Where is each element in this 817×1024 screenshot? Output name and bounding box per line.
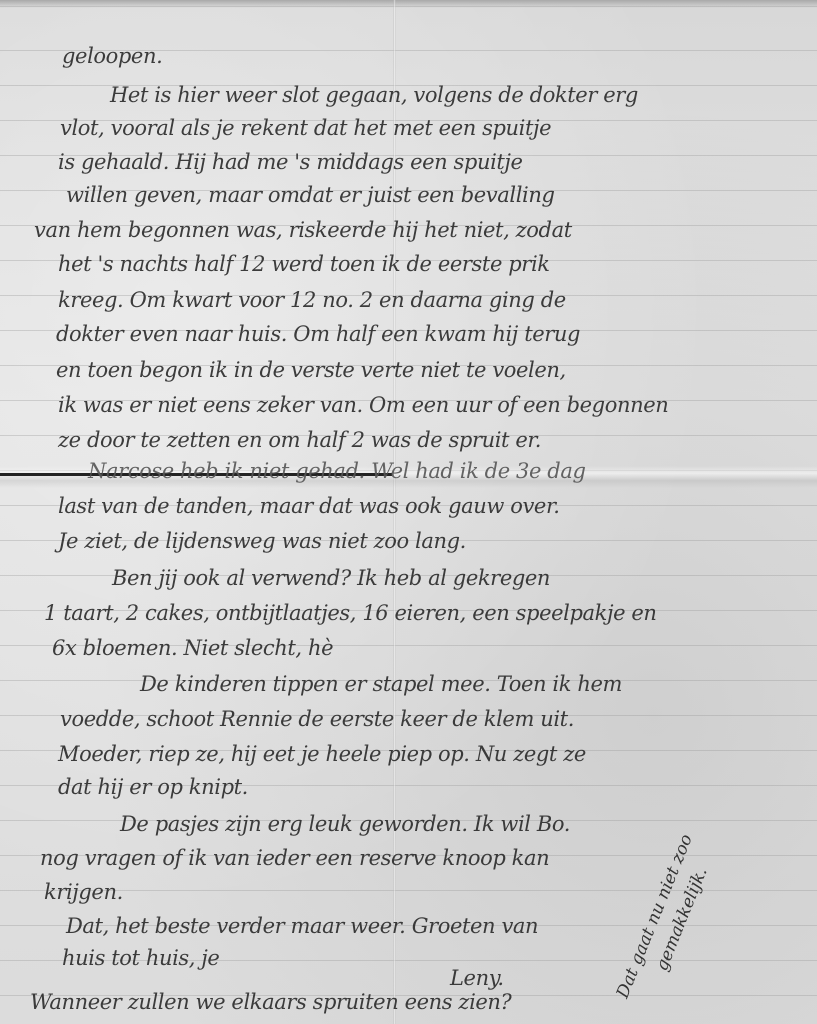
letter-line: 6x bloemen. Niet slecht, hè [52,636,333,660]
letter-line: dat hij er op knipt. [58,775,248,799]
letter-line: last van de tanden, maar dat was ook gau… [58,494,560,518]
postscript-line: Wanneer zullen we elkaars spruiten eens … [30,990,511,1014]
letter-line: 1 taart, 2 cakes, ontbijtlaatjes, 16 eie… [44,601,657,625]
letter-line: geloopen. [62,44,162,68]
letter-line: Het is hier weer slot gegaan, volgens de… [110,83,638,107]
letter-line: het 's nachts half 12 werd toen ik de ee… [58,252,550,276]
signature: Leny. [450,966,504,990]
letter-line: Moeder, riep ze, hij eet je heele piep o… [58,742,586,766]
letter-line: Dat, het beste verder maar weer. Groeten… [66,914,538,938]
letter-line: en toen begon ik in de verste verte niet… [56,358,566,382]
letter-line: nog vragen of ik van ieder een reserve k… [40,846,549,870]
letter-line: vlot, vooral als je rekent dat het met e… [60,116,551,140]
letter-line: ze door te zetten en om half 2 was de sp… [58,428,541,452]
letter-line: krijgen. [44,880,123,904]
letter-line: voedde, schoot Rennie de eerste keer de … [60,707,574,731]
letter-line: Ben jij ook al verwend? Ik heb al gekreg… [112,566,550,590]
letter-line: huis tot huis, je [62,946,219,970]
letter-line: kreeg. Om kwart voor 12 no. 2 en daarna … [58,288,566,312]
letter-line: Je ziet, de lijdensweg was niet zoo lang… [58,529,466,553]
letter-page: geloopen. Het is hier weer slot gegaan, … [0,0,817,1024]
letter-line: ik was er niet eens zeker van. Om een uu… [58,393,668,417]
letter-line: De pasjes zijn erg leuk geworden. Ik wil… [120,812,570,836]
letter-line: De kinderen tippen er stapel mee. Toen i… [140,672,622,696]
letter-line: Narcose heb ik niet gehad. Wel had ik de… [88,459,586,483]
letter-line: van hem begonnen was, riskeerde hij het … [34,218,572,242]
letter-line: is gehaald. Hij had me 's middags een sp… [58,150,523,174]
letter-line: dokter even naar huis. Om half een kwam … [56,322,580,346]
letter-line: willen geven, maar omdat er juist een be… [66,183,555,207]
